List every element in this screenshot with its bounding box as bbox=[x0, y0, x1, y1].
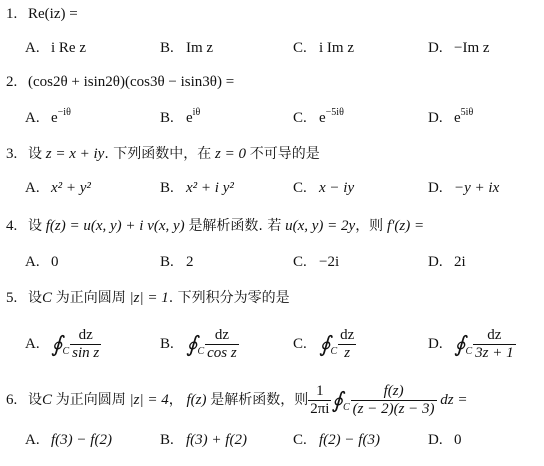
question-number: 3. bbox=[6, 144, 17, 164]
option-c[interactable]: C.i Im z bbox=[293, 38, 354, 58]
option-c[interactable]: C.f(2) − f(3) bbox=[293, 430, 380, 450]
option-text: Im z bbox=[186, 40, 213, 56]
denominator: z bbox=[338, 345, 356, 362]
stem-text: . 下列积分为零的是 bbox=[169, 290, 290, 306]
option-label: C. bbox=[293, 252, 319, 272]
stem-math: f(z) = u(x, y) + i v(x, y) bbox=[46, 218, 185, 234]
contour-label: C bbox=[197, 346, 204, 357]
integrand-fraction: f(z)(z − 2)(z − 3) bbox=[351, 383, 437, 418]
stem-text: 为正向圆周 bbox=[56, 392, 126, 408]
stem-math: u(x, y) = 2y bbox=[285, 218, 355, 234]
option-c[interactable]: C.x − iy bbox=[293, 178, 354, 198]
fraction: dzsin z bbox=[70, 327, 101, 362]
option-text: −2i bbox=[319, 254, 339, 270]
option-base: e bbox=[186, 110, 193, 126]
stem-math: |z| = 4 bbox=[130, 392, 169, 408]
stem-math: C bbox=[42, 392, 52, 408]
option-b[interactable]: B.eiθ bbox=[160, 108, 200, 128]
stem-math: f(z) bbox=[186, 392, 206, 408]
numerator: dz bbox=[70, 327, 101, 345]
denominator: 3z + 1 bbox=[473, 345, 515, 362]
option-b[interactable]: B.Im z bbox=[160, 38, 213, 58]
option-c[interactable]: C.e−5iθ bbox=[293, 108, 344, 128]
option-label: D. bbox=[428, 326, 454, 362]
option-c[interactable]: C.−2i bbox=[293, 252, 339, 272]
contour-integral-icon: ∮ bbox=[331, 388, 342, 413]
question-stem: 设 z = x + iy. 下列函数中，在 z = 0 不可导的是 bbox=[28, 144, 320, 164]
option-text: i Im z bbox=[319, 40, 354, 56]
contour-label: C bbox=[62, 346, 69, 357]
question-stem: 设C 为正向圆周 |z| = 1. 下列积分为零的是 bbox=[28, 288, 290, 308]
option-b[interactable]: B.x² + i y² bbox=[160, 178, 234, 198]
numerator: dz bbox=[473, 327, 515, 345]
stem-text: 不可导的是 bbox=[250, 146, 320, 162]
question-stem: (cos2θ + isin2θ)(cos3θ − isin3θ) = bbox=[28, 72, 234, 92]
option-label: B. bbox=[160, 108, 186, 128]
option-a[interactable]: A.i Re z bbox=[25, 38, 86, 58]
contour-integral-icon: ∮ bbox=[319, 332, 330, 357]
option-label: C. bbox=[293, 326, 319, 362]
option-label: A. bbox=[25, 326, 51, 362]
option-label: A. bbox=[25, 108, 51, 128]
option-label: B. bbox=[160, 430, 186, 450]
fraction: dzcos z bbox=[205, 327, 239, 362]
contour-label: C bbox=[343, 402, 350, 413]
stem-math: |z| = 1 bbox=[130, 290, 169, 306]
option-d[interactable]: D.−y + ix bbox=[428, 178, 499, 198]
option-text: 0 bbox=[454, 432, 462, 448]
option-label: D. bbox=[428, 38, 454, 58]
option-a[interactable]: A.0 bbox=[25, 252, 59, 272]
option-base: e bbox=[51, 110, 58, 126]
contour-integral-icon: ∮ bbox=[454, 332, 465, 357]
option-text: f(3) − f(2) bbox=[51, 432, 112, 448]
option-label: C. bbox=[293, 108, 319, 128]
option-label: C. bbox=[293, 178, 319, 198]
stem-text: 设 bbox=[28, 146, 42, 162]
stem-text: 设 bbox=[28, 290, 42, 306]
numerator: f(z) bbox=[351, 383, 437, 401]
option-a[interactable]: A.x² + y² bbox=[25, 178, 91, 198]
option-b[interactable]: B.f(3) + f(2) bbox=[160, 430, 247, 450]
denominator: cos z bbox=[205, 345, 239, 362]
question-stem: 设 f(z) = u(x, y) + i v(x, y) 是解析函数. 若 u(… bbox=[28, 216, 424, 236]
question-stem: 设C 为正向圆周 |z| = 4， f(z) 是解析函数，则12πi∮Cf(z)… bbox=[28, 382, 468, 426]
option-d[interactable]: D.−Im z bbox=[428, 38, 490, 58]
option-base: e bbox=[319, 110, 326, 126]
numerator: 1 bbox=[308, 383, 331, 401]
option-text: x² + y² bbox=[51, 180, 91, 196]
option-exponent: −iθ bbox=[58, 107, 71, 118]
option-text: i Re z bbox=[51, 40, 86, 56]
denominator: (z − 2)(z − 3) bbox=[351, 401, 437, 418]
option-a[interactable]: A.e−iθ bbox=[25, 108, 71, 128]
option-label: D. bbox=[428, 252, 454, 272]
option-text: f(2) − f(3) bbox=[319, 432, 380, 448]
option-exponent: −5iθ bbox=[326, 107, 344, 118]
option-label: A. bbox=[25, 430, 51, 450]
option-label: D. bbox=[428, 430, 454, 450]
option-label: A. bbox=[25, 178, 51, 198]
stem-text: 是解析函数. 若 bbox=[188, 218, 281, 234]
option-label: C. bbox=[293, 430, 319, 450]
question-number: 5. bbox=[6, 288, 17, 308]
stem-text: . 下列函数中，在 bbox=[104, 146, 211, 162]
option-text: 2 bbox=[186, 254, 194, 270]
option-exponent: iθ bbox=[193, 107, 201, 118]
question-number: 1. bbox=[6, 4, 17, 24]
option-label: A. bbox=[25, 252, 51, 272]
option-label: B. bbox=[160, 178, 186, 198]
contour-integral-icon: ∮ bbox=[51, 332, 62, 357]
contour-label: C bbox=[330, 346, 337, 357]
question-number: 6. bbox=[6, 382, 17, 418]
option-text: 0 bbox=[51, 254, 59, 270]
fraction: dz3z + 1 bbox=[473, 327, 515, 362]
stem-math: z = x + iy bbox=[46, 146, 105, 162]
option-a[interactable]: A.f(3) − f(2) bbox=[25, 430, 112, 450]
option-d[interactable]: D.∮Cdz3z + 1 bbox=[428, 326, 516, 370]
option-label: C. bbox=[293, 38, 319, 58]
contour-label: C bbox=[465, 346, 472, 357]
stem-text: 是解析函数，则 bbox=[210, 392, 308, 408]
option-exponent: 5iθ bbox=[461, 107, 474, 118]
stem-math: z = 0 bbox=[215, 146, 246, 162]
option-d[interactable]: D.2i bbox=[428, 252, 466, 272]
stem-math: C bbox=[42, 290, 52, 306]
option-label: B. bbox=[160, 38, 186, 58]
denominator: sin z bbox=[70, 345, 101, 362]
fraction: dzz bbox=[338, 327, 356, 362]
option-b[interactable]: B.2 bbox=[160, 252, 194, 272]
option-label: B. bbox=[160, 252, 186, 272]
stem-math: f′(z) = bbox=[387, 218, 424, 234]
question-number: 2. bbox=[6, 72, 17, 92]
option-text: f(3) + f(2) bbox=[186, 432, 247, 448]
stem-text: 为正向圆周 bbox=[56, 290, 126, 306]
option-text: x² + i y² bbox=[186, 180, 234, 196]
option-b[interactable]: B.∮Cdzcos z bbox=[160, 326, 239, 370]
denominator: 2πi bbox=[308, 401, 331, 418]
option-d[interactable]: D.e5iθ bbox=[428, 108, 473, 128]
stem-text: 设 bbox=[28, 392, 42, 408]
option-label: B. bbox=[160, 326, 186, 362]
option-label: D. bbox=[428, 108, 454, 128]
stem-text: ， bbox=[169, 392, 183, 408]
option-text: −Im z bbox=[454, 40, 490, 56]
differential: dz = bbox=[440, 392, 467, 408]
option-text: −y + ix bbox=[454, 180, 499, 196]
numerator: dz bbox=[338, 327, 356, 345]
option-c[interactable]: C.∮Cdzz bbox=[293, 326, 356, 370]
numerator: dz bbox=[205, 327, 239, 345]
stem-text: ，则 bbox=[355, 218, 383, 234]
contour-integral-icon: ∮ bbox=[186, 332, 197, 357]
stem-text: 设 bbox=[28, 218, 42, 234]
coefficient-fraction: 12πi bbox=[308, 383, 331, 418]
option-text: 2i bbox=[454, 254, 466, 270]
option-label: D. bbox=[428, 178, 454, 198]
option-label: A. bbox=[25, 38, 51, 58]
option-a[interactable]: A.∮Cdzsin z bbox=[25, 326, 101, 370]
option-d[interactable]: D.0 bbox=[428, 430, 462, 450]
question-stem: Re(iz) = bbox=[28, 4, 78, 24]
option-text: x − iy bbox=[319, 180, 354, 196]
option-base: e bbox=[454, 110, 461, 126]
question-number: 4. bbox=[6, 216, 17, 236]
